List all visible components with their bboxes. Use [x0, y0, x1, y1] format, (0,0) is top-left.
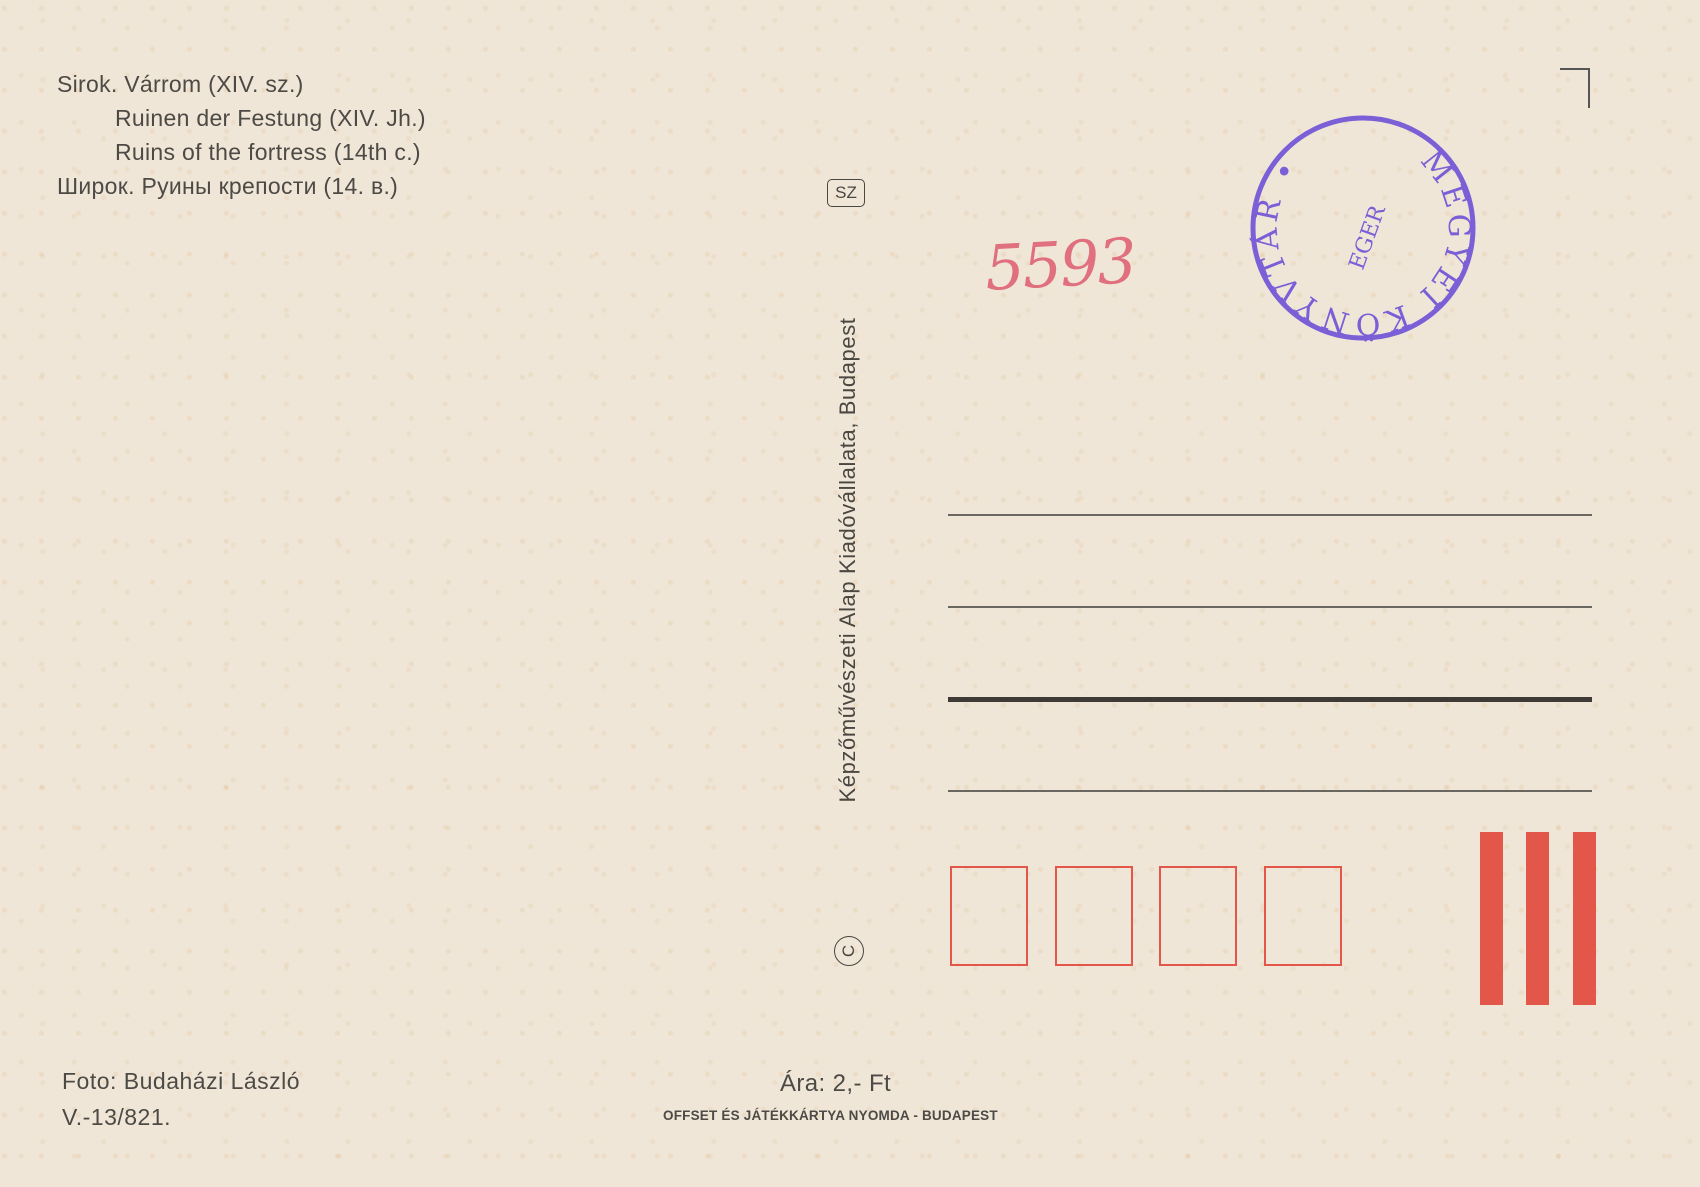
copyright-icon: C: [834, 936, 864, 966]
caption-english: Ruins of the fortress (14th c.): [57, 135, 426, 169]
postal-code-box: [1264, 866, 1342, 966]
address-line: [948, 697, 1592, 702]
red-bar: [1573, 832, 1596, 1005]
caption-block: Sirok. Várrom (XIV. sz.) Ruinen der Fest…: [57, 67, 426, 203]
postal-code-box: [1159, 866, 1237, 966]
catalog-number: V.-13/821.: [62, 1104, 171, 1131]
caption-hungarian: Sirok. Várrom (XIV. sz.): [57, 67, 426, 101]
address-line: [948, 606, 1592, 608]
address-line: [948, 790, 1592, 792]
caption-russian: Широк. Руины крепости (14. в.): [57, 169, 426, 203]
printer-credit: OFFSET ÉS JÁTÉKKÁRTYA NYOMDA - BUDAPEST: [663, 1108, 998, 1123]
photographer-credit: Foto: Budaházi László: [62, 1068, 300, 1095]
sz-logo-icon: SZ: [827, 179, 865, 207]
caption-german: Ruinen der Festung (XIV. Jh.): [57, 101, 426, 135]
price-label: Ára: 2,- Ft: [780, 1070, 891, 1098]
publisher-name: Képzőművészeti Alap Kiadóvállalata, Buda…: [835, 317, 861, 802]
postal-code-box: [1055, 866, 1133, 966]
handwritten-inventory-number: 5593: [983, 224, 1136, 305]
address-line: [948, 514, 1592, 516]
postal-code-box: [950, 866, 1028, 966]
red-bar: [1526, 832, 1549, 1005]
stamp-center-text: EGER: [1345, 201, 1392, 273]
red-bar: [1480, 832, 1503, 1005]
library-stamp: MEGYEI KÖNYVTÁR • EGER: [1248, 112, 1478, 344]
stamp-corner-mark: [1560, 68, 1590, 108]
